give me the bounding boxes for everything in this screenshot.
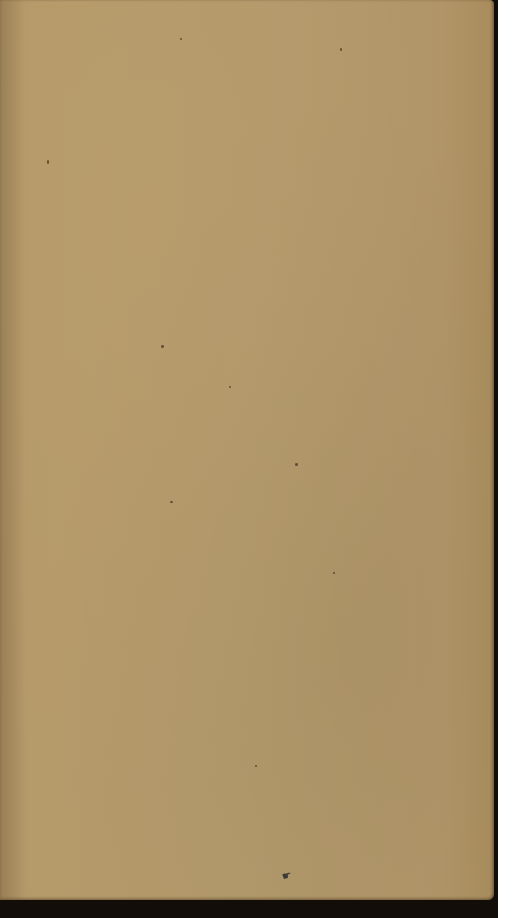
paper-speck xyxy=(180,38,182,40)
paper-speck xyxy=(161,345,164,348)
paper-speck xyxy=(295,463,298,466)
paper-speck xyxy=(229,386,231,388)
paper-speck xyxy=(255,765,257,767)
paper-speck xyxy=(340,48,342,51)
paper-speck xyxy=(333,572,335,574)
blank-paper-page: ☛ xyxy=(0,0,494,900)
ink-mark-icon: ☛ xyxy=(281,871,295,882)
paper-speck xyxy=(170,501,173,503)
paper-speck xyxy=(47,160,49,164)
